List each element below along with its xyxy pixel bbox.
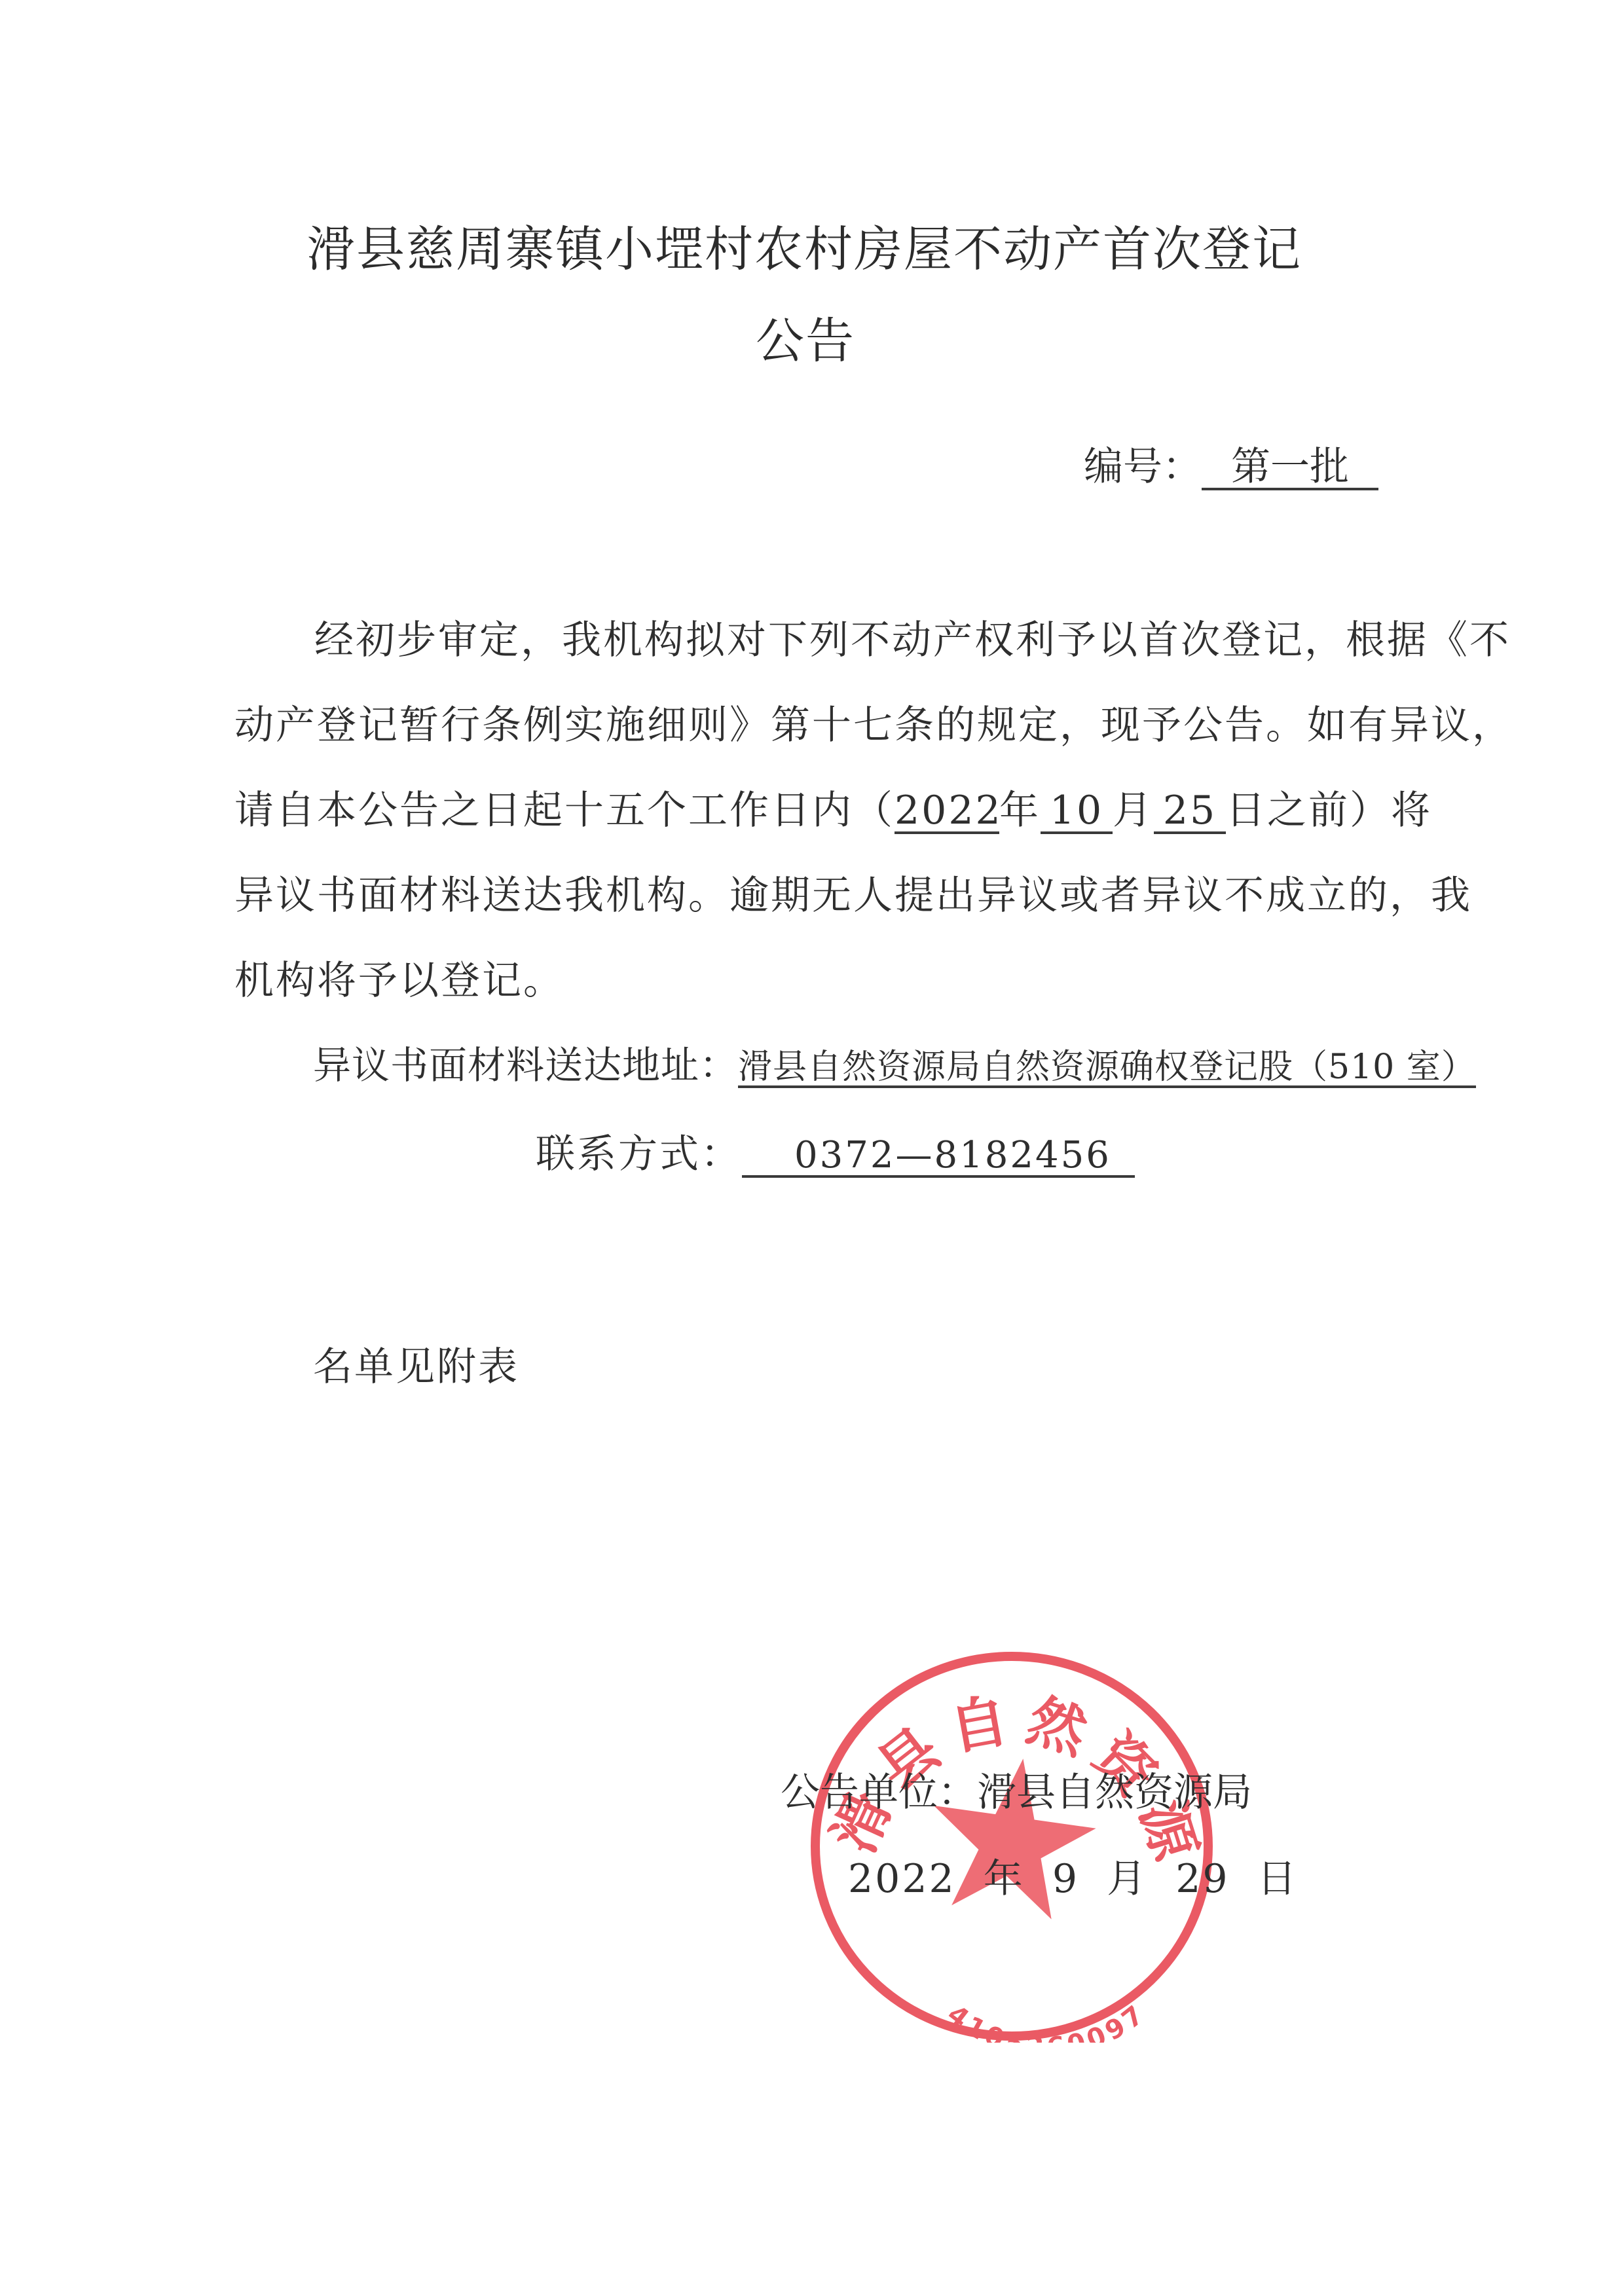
deadline-month-unit: 月	[1113, 788, 1154, 833]
paragraph-line-4: 异议书面材料送达我机构。逾期无人提出异议或者异议不成立的，我	[234, 864, 1472, 920]
document-title-line2: 公告	[756, 302, 855, 372]
contact-label: 联系方式：	[536, 1131, 742, 1177]
issuer: 公告单位：滑县自然资源局	[781, 1761, 1252, 1817]
serial-value: 第一批	[1202, 446, 1378, 490]
address-value: 滑县自然资源局自然资源确权登记股（510 室）	[738, 1049, 1476, 1088]
deadline-suffix: 日之前）将	[1226, 788, 1432, 833]
date-day: 29	[1175, 1856, 1229, 1902]
objection-address: 异议书面材料送达地址：滑县自然资源局自然资源确权登记股（510 室）	[313, 1034, 1476, 1089]
issuer-name: 滑县自然资源局	[977, 1770, 1252, 1815]
deadline-year-unit: 年	[999, 788, 1041, 833]
paragraph-line-3: 请自本公告之日起十五个工作日内（2022年10月25日之前）将	[234, 779, 1432, 835]
address-label: 异议书面材料送达地址：	[313, 1043, 738, 1087]
deadline-year: 2022	[895, 790, 999, 834]
paragraph-line-2: 动产登记暂行条例实施细则》第十七条的规定，现予公告。如有异议，	[234, 694, 1513, 750]
official-seal-icon: 滑县自然资源局 4105260097	[809, 1650, 1215, 2043]
deadline-month: 10	[1041, 790, 1113, 834]
date-day-unit: 日	[1257, 1856, 1299, 1902]
document-title-line1: 滑县慈周寨镇小堽村农村房屋不动产首次登记	[306, 211, 1302, 280]
serial-label: 编号：	[1084, 444, 1202, 490]
date-month: 9	[1052, 1856, 1079, 1902]
attachment-note: 名单见附表	[313, 1336, 519, 1392]
contact-phone: 0372—8182456	[742, 1137, 1135, 1178]
paragraph-line-5: 机构将予以登记。	[234, 949, 564, 1006]
issue-date: 2022 年 9 月 29 日	[848, 1848, 1299, 1904]
contact-info: 联系方式：0372—8182456	[536, 1123, 1135, 1179]
date-year: 2022	[848, 1856, 956, 1902]
date-year-unit: 年	[984, 1856, 1025, 1902]
deadline-day: 25	[1154, 790, 1226, 834]
date-month-unit: 月	[1107, 1856, 1148, 1902]
paragraph-line-1: 经初步审定，我机构拟对下列不动产权利予以首次登记，根据《不	[314, 609, 1511, 665]
serial-number: 编号：第一批	[1084, 435, 1378, 492]
issuer-label: 公告单位：	[781, 1770, 977, 1815]
deadline-prefix: 请自本公告之日起十五个工作日内（	[234, 788, 895, 833]
